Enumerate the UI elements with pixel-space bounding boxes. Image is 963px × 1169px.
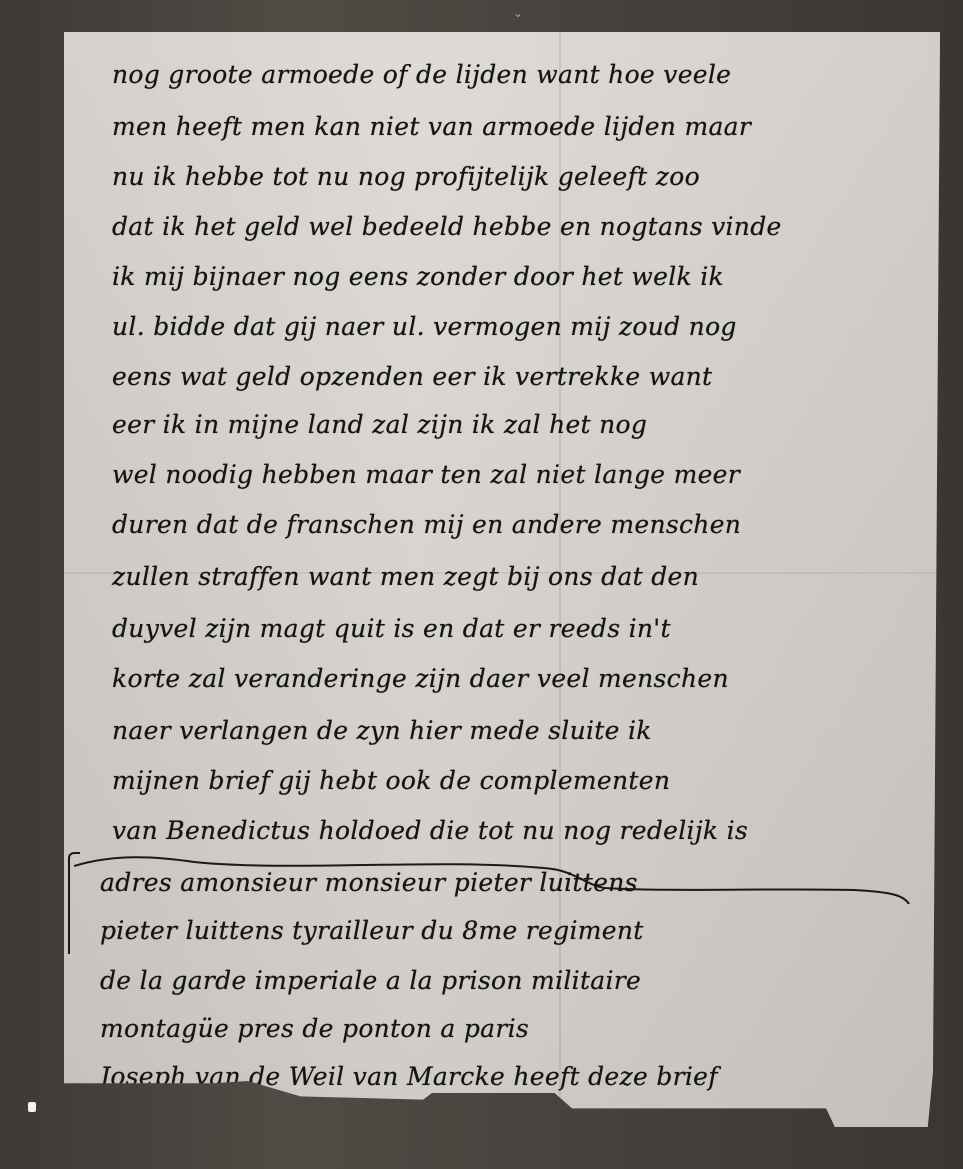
body-line-10: duren dat de franschen mij en andere men… bbox=[112, 510, 741, 539]
address-bracket bbox=[68, 852, 80, 954]
body-line-16: van Benedictus holdoed die tot nu nog re… bbox=[112, 816, 748, 845]
body-line-11: zullen straffen want men zegt bij ons da… bbox=[112, 562, 699, 591]
body-line-4: dat ik het geld wel bedeeld hebbe en nog… bbox=[112, 212, 782, 241]
address-line-2: pieter luittens tyrailleur du 8me regime… bbox=[100, 916, 644, 945]
photo-artifact-mark: ⌄ bbox=[513, 6, 523, 20]
body-line-5: ik mij bijnaer nog eens zonder door het … bbox=[112, 262, 724, 291]
body-line-7: eens wat geld opzenden eer ik vertrekke … bbox=[112, 362, 712, 391]
letter-page: nog groote armoede of de lijden want hoe… bbox=[64, 32, 940, 1127]
address-line-1: adres amonsieur monsieur pieter luittens bbox=[100, 868, 638, 897]
address-line-4: montagüe pres de ponton a paris bbox=[100, 1014, 529, 1043]
body-line-8: eer ik in mijne land zal zijn ik zal het… bbox=[112, 410, 647, 439]
body-line-6: ul. bidde dat gij naer ul. vermogen mij … bbox=[112, 312, 737, 341]
interlinear-note: order bbox=[432, 1094, 489, 1118]
body-line-9: wel noodig hebben maar ten zal niet lang… bbox=[112, 460, 740, 489]
photo-artifact-spot bbox=[28, 1102, 36, 1112]
signature: pieter luittens bbox=[494, 1110, 678, 1139]
body-line-15: mijnen brief gij hebt ook de complemente… bbox=[112, 766, 670, 795]
body-line-3: nu ik hebbe tot nu nog profijtelijk gele… bbox=[112, 162, 700, 191]
closing-line-2: geschreven door order bbox=[100, 1110, 396, 1139]
body-line-1: nog groote armoede of de lijden want hoe… bbox=[112, 60, 731, 89]
body-line-12: duyvel zijn magt quit is en dat er reeds… bbox=[112, 614, 671, 643]
closing-line-1: Joseph van de Weil van Marcke heeft deze… bbox=[100, 1062, 718, 1091]
body-line-2: men heeft men kan niet van armoede lijde… bbox=[112, 112, 751, 141]
address-line-3: de la garde imperiale a la prison milita… bbox=[100, 966, 641, 995]
body-line-13: korte zal veranderinge zijn daer veel me… bbox=[112, 664, 729, 693]
body-line-14: naer verlangen de zyn hier mede sluite i… bbox=[112, 716, 652, 745]
